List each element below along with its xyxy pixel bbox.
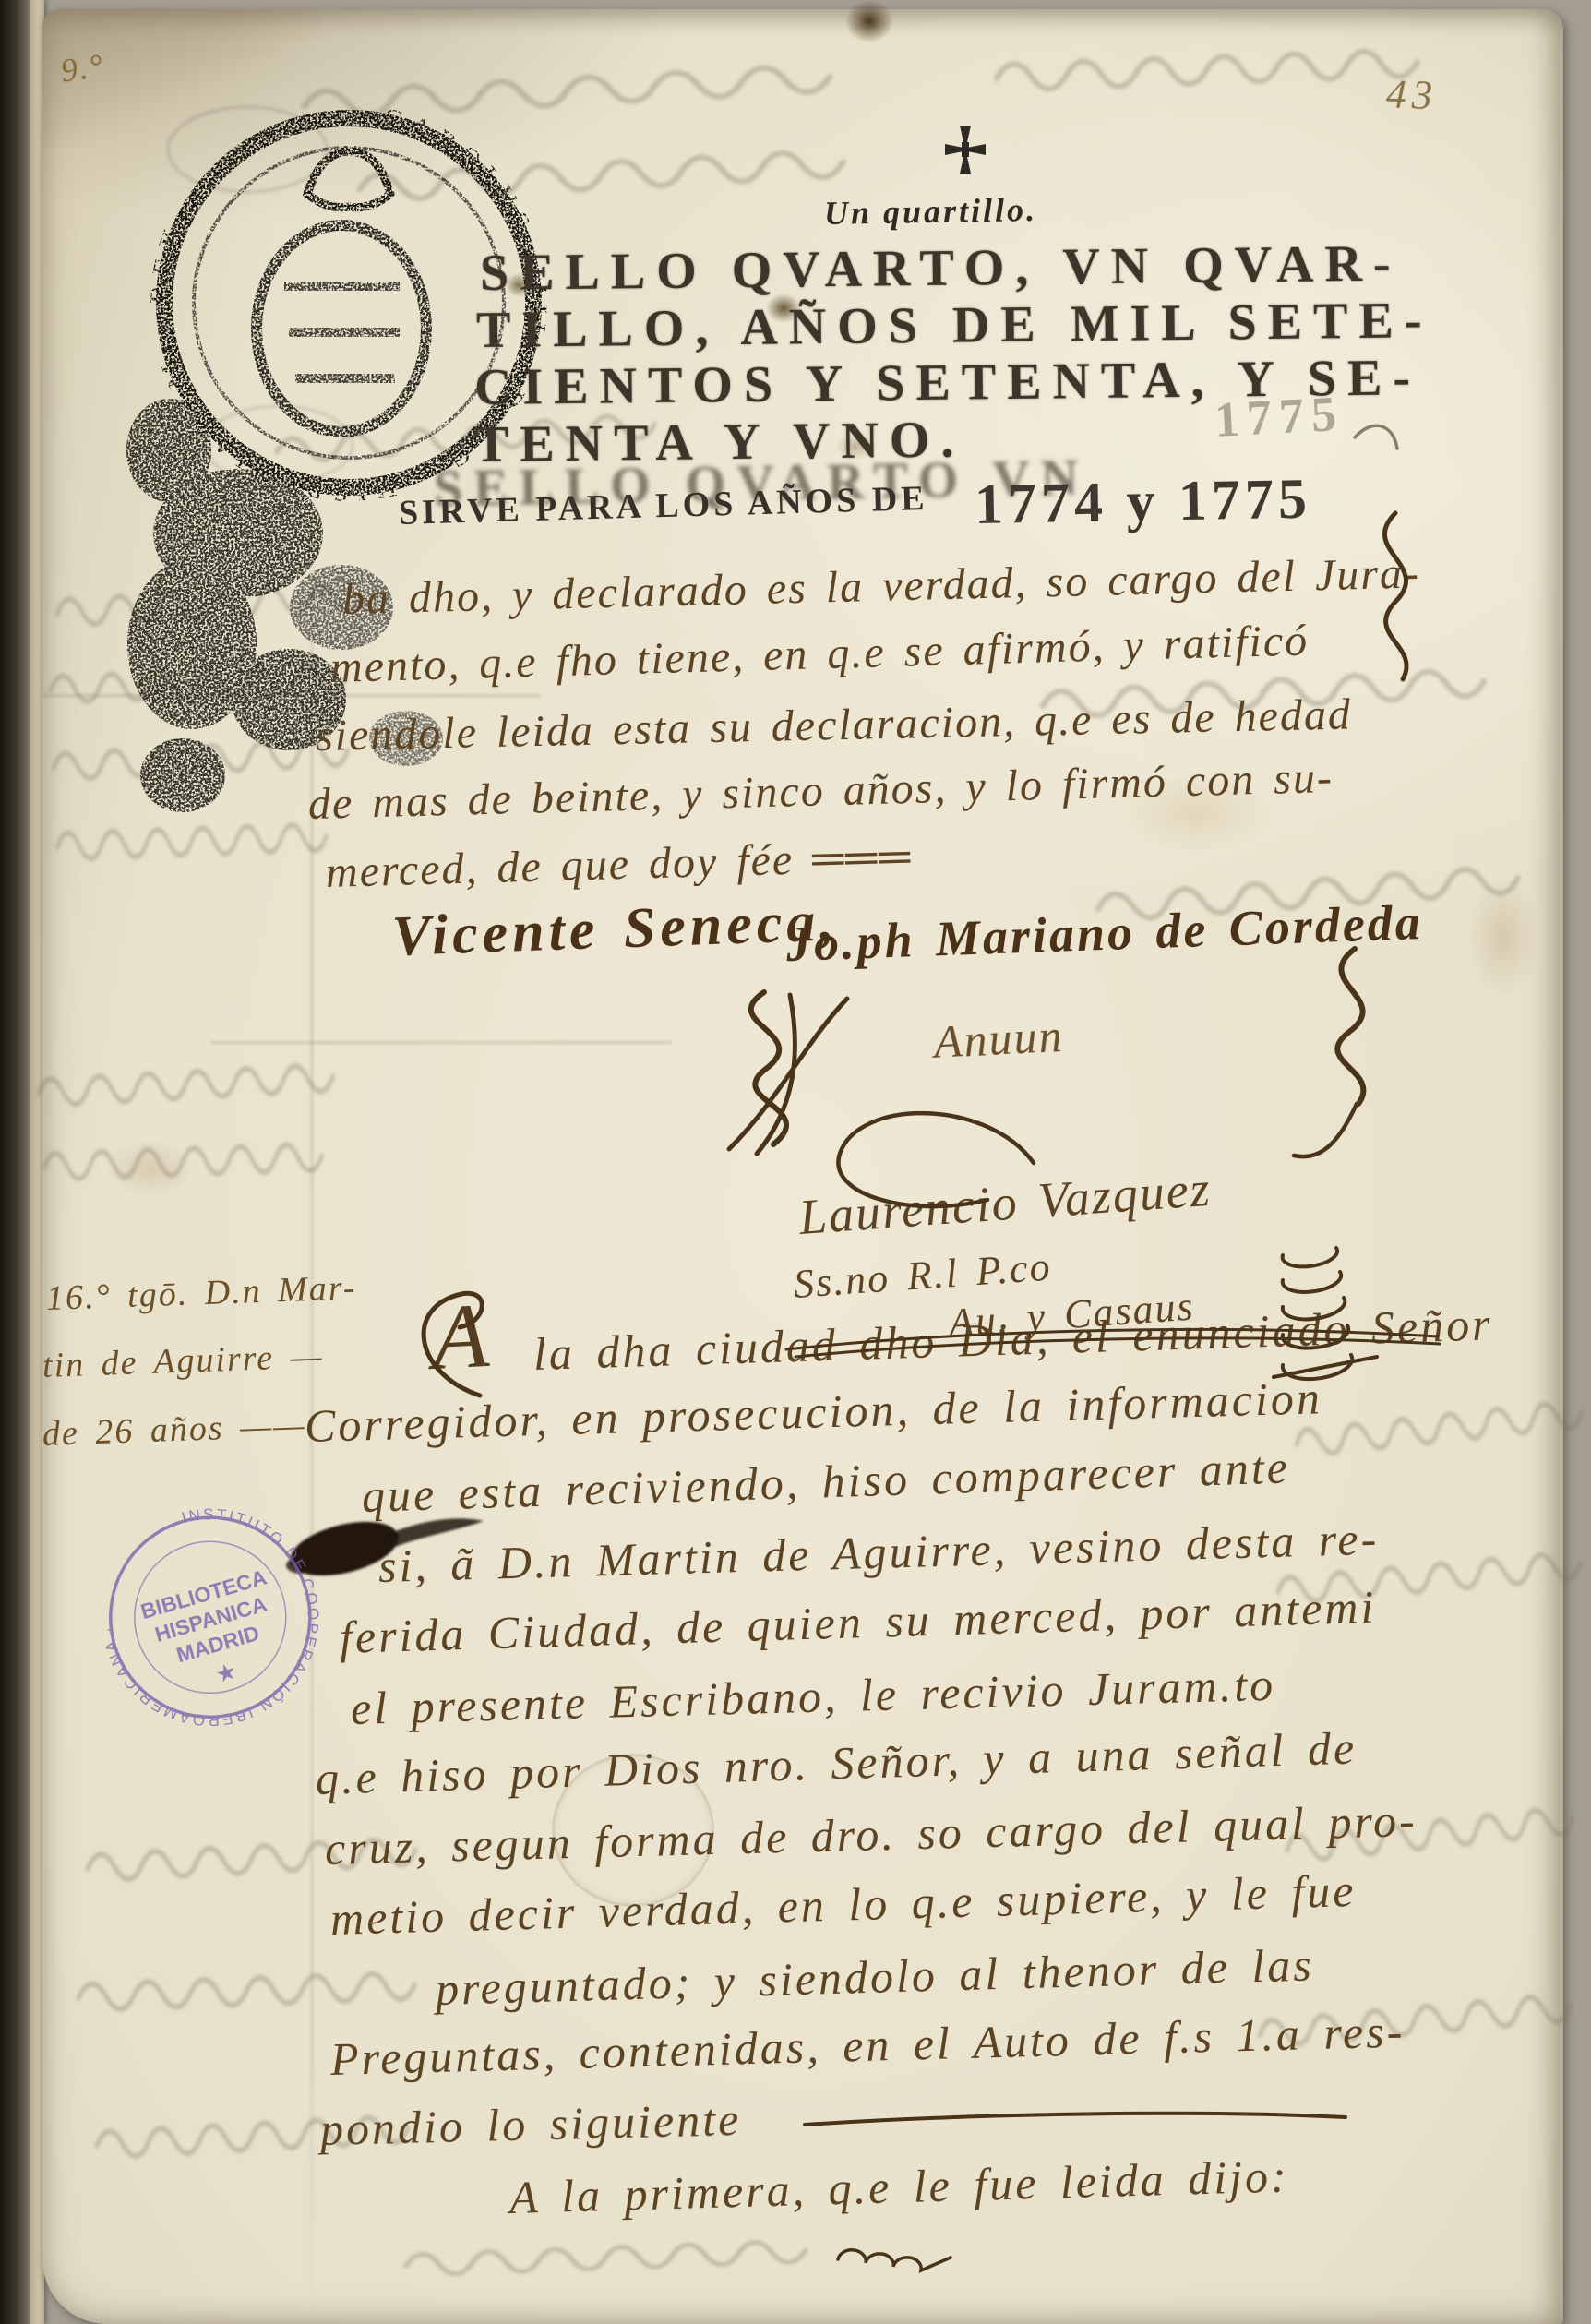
coil-rubric: [1274, 1248, 1377, 1379]
rubric-knot-right-2: [1294, 1104, 1357, 1156]
rubric-knot-right-1: [1337, 949, 1363, 1104]
ink-flourishes: [0, 0, 1591, 2324]
library-stamp-star-icon: ★: [214, 1659, 238, 1687]
year-flourish: [1384, 513, 1406, 679]
big-e-flourish: [838, 1113, 1034, 1206]
year-flourish-small: [1355, 425, 1397, 449]
manuscript-scan: 9.° 43: [0, 0, 1591, 2324]
closing-rule: [805, 2114, 1346, 2125]
capital-a-swash: [424, 1293, 482, 1396]
bottom-squiggle: [838, 2250, 951, 2270]
